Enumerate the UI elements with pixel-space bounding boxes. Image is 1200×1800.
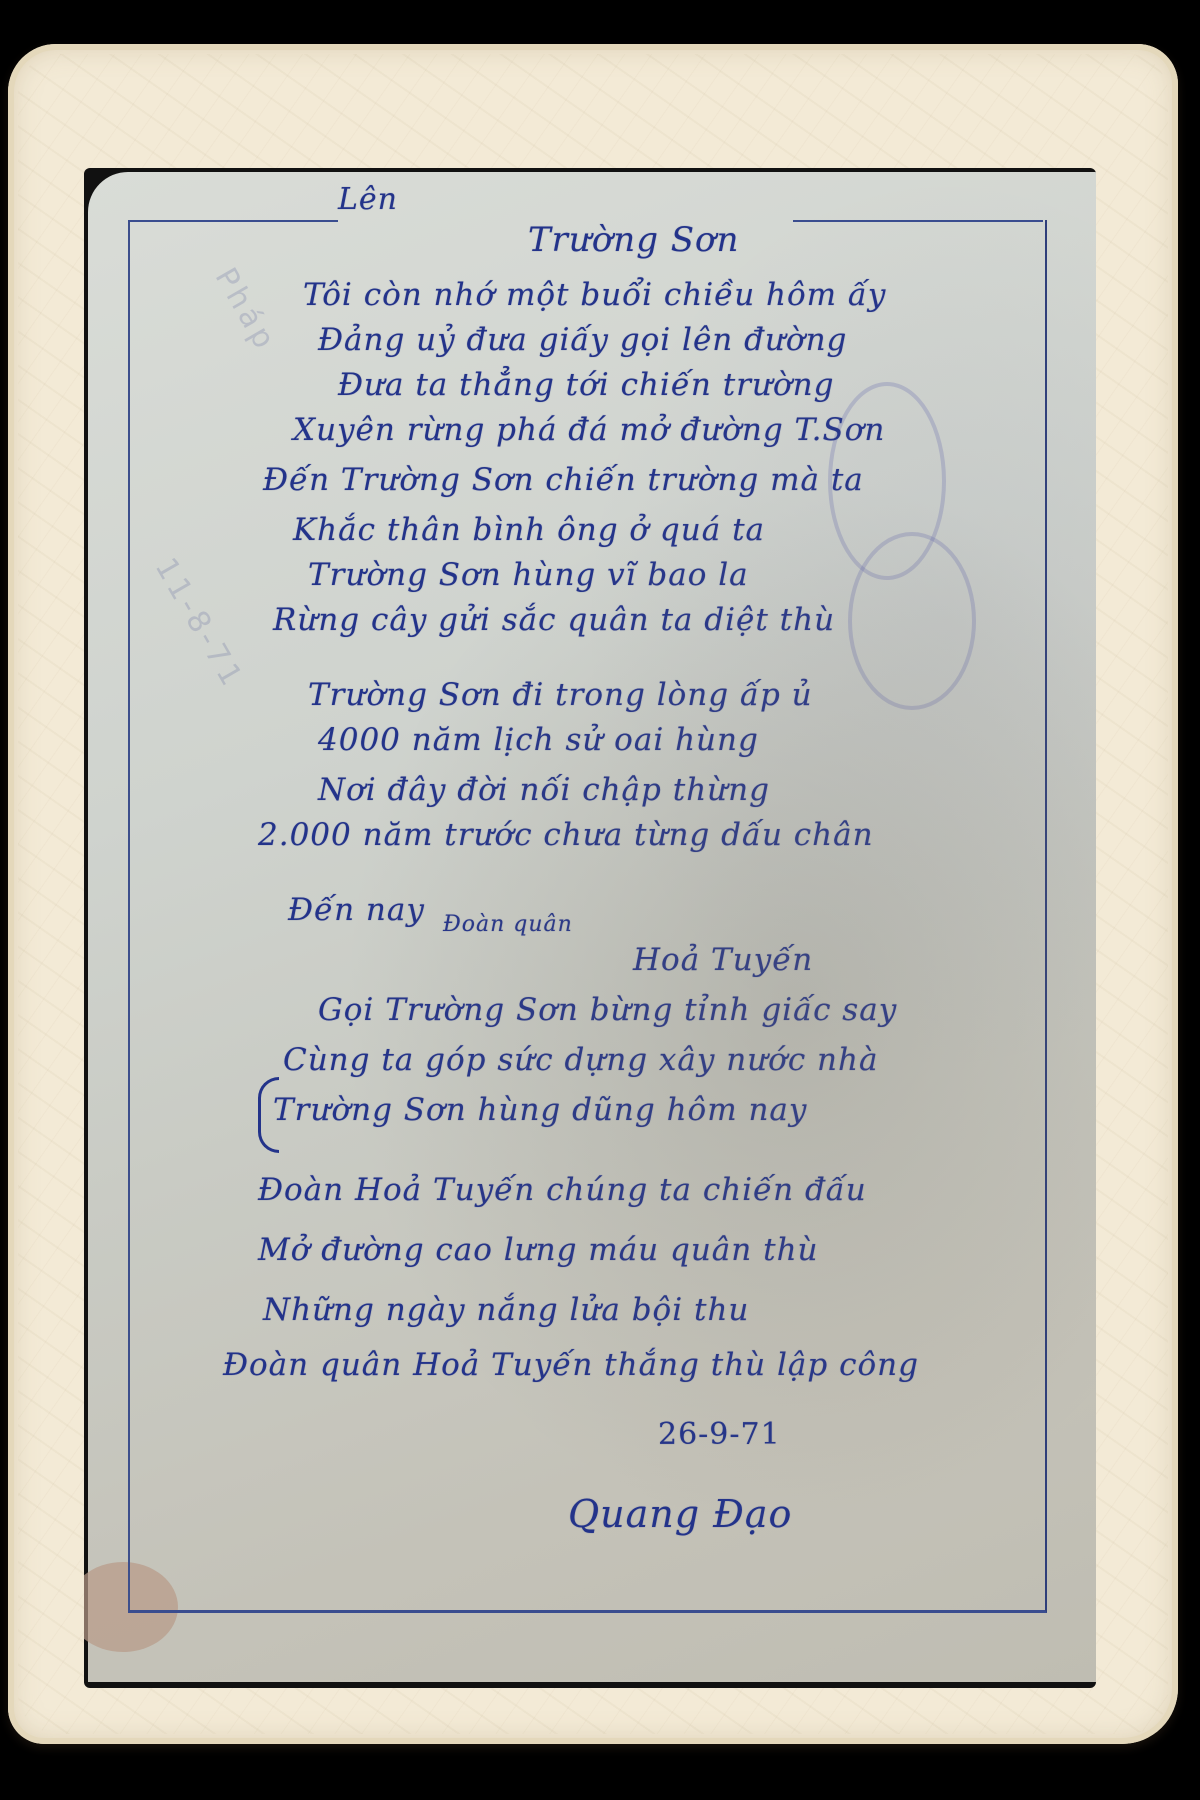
unit-name: Hoả Tuyến bbox=[633, 942, 813, 978]
ruled-border-top-left bbox=[128, 220, 338, 222]
poem-line: Đưa ta thẳng tới chiến trường bbox=[338, 367, 834, 403]
poem-line: Những ngày nắng lửa bội thu bbox=[263, 1292, 749, 1328]
author-signature: Quang Đạo bbox=[568, 1492, 792, 1536]
poem-line: Xuyên rừng phá đá mở đường T.Sơn bbox=[293, 412, 885, 448]
poem-title-line-1: Lên bbox=[338, 182, 398, 217]
poem-line: 2.000 năm trước chưa từng dấu chân bbox=[258, 817, 874, 853]
photo-window: Pháp 11-8-71 Lên Trường Sơn Tôi còn nhớ … bbox=[84, 168, 1096, 1688]
poem-line: Gọi Trường Sơn bừng tỉnh giấc say bbox=[318, 992, 897, 1028]
ruled-border-top-right bbox=[793, 220, 1043, 222]
poem-line: Đảng uỷ đưa giấy gọi lên đường bbox=[318, 322, 847, 358]
poem-line: 4000 năm lịch sử oai hùng bbox=[318, 722, 759, 758]
handwritten-paper: Pháp 11-8-71 Lên Trường Sơn Tôi còn nhớ … bbox=[88, 172, 1096, 1682]
poem-line: Nơi đây đời nối chập thừng bbox=[318, 772, 770, 808]
poem-line: Trường Sơn đi trong lòng ấp ủ bbox=[308, 677, 813, 713]
photo-mount-frame: Pháp 11-8-71 Lên Trường Sơn Tôi còn nhớ … bbox=[8, 44, 1178, 1744]
poem-line: Cùng ta góp sức dựng xây nước nhà bbox=[283, 1042, 878, 1078]
interlinear-note: Đoàn quân bbox=[443, 912, 573, 937]
poem-line: Đến Trường Sơn chiến trường mà ta bbox=[263, 462, 864, 498]
poem-title-line-2: Trường Sơn bbox=[528, 220, 739, 260]
poem-line: Trường Sơn hùng vĩ bao la bbox=[308, 557, 749, 593]
poem-line: Khắc thân bình ông ở quá ta bbox=[293, 512, 765, 548]
poem-line: Tôi còn nhớ một buổi chiều hôm ấy bbox=[303, 277, 886, 313]
faded-stamp-circle bbox=[848, 532, 976, 710]
poem-line: Đến nay bbox=[288, 892, 425, 928]
poem-line: Đoàn quân Hoả Tuyến thắng thù lập công bbox=[223, 1347, 919, 1383]
poem-line: Rừng cây gửi sắc quân ta diệt thù bbox=[273, 602, 835, 638]
poem-line: Mở đường cao lưng máu quân thù bbox=[258, 1232, 819, 1268]
poem-line: Đoàn Hoả Tuyến chúng ta chiến đấu bbox=[258, 1172, 867, 1208]
poem-line: Trường Sơn hùng dũng hôm nay bbox=[273, 1092, 807, 1128]
poem-date: 26-9-71 bbox=[658, 1417, 781, 1452]
